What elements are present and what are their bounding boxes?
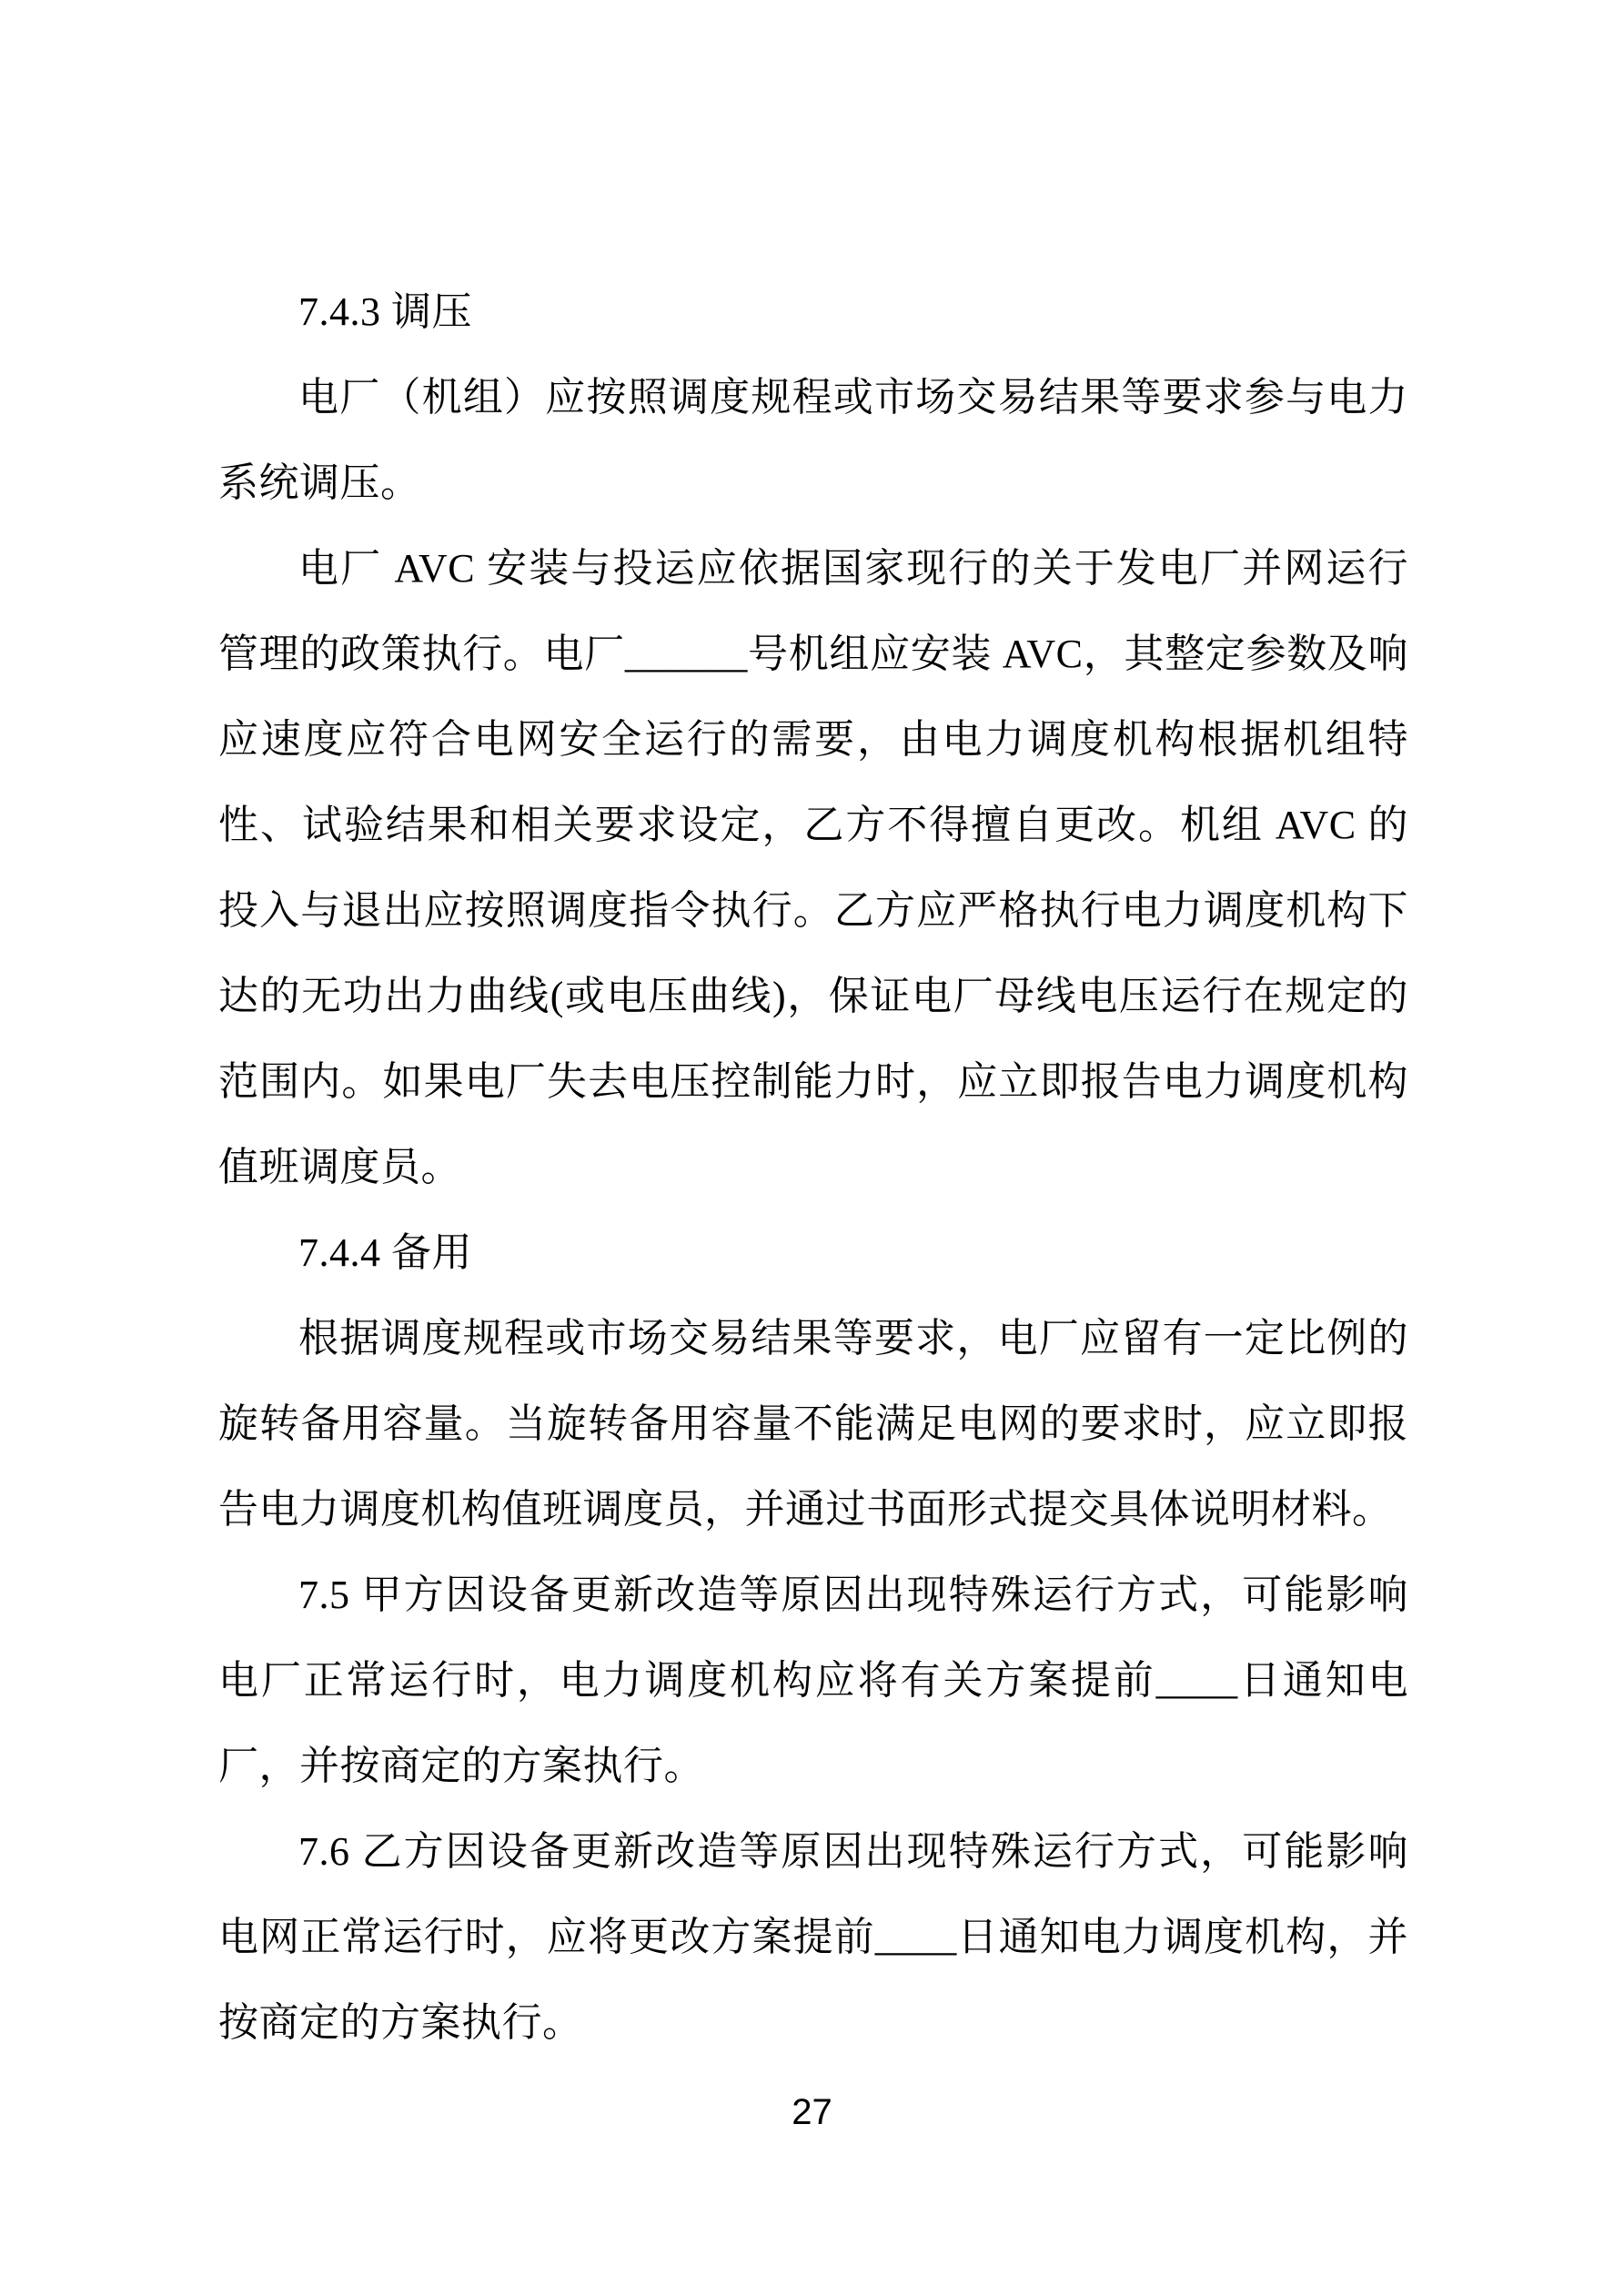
page-number: 27: [792, 2092, 832, 2132]
body-paragraph: 电厂（机组）应按照调度规程或市场交易结果等要求参与电力系统调压。: [218, 355, 1408, 526]
page-footer: 27: [0, 2091, 1624, 2133]
document-page: 7.4.3 调压电厂（机组）应按照调度规程或市场交易结果等要求参与电力系统调压。…: [0, 0, 1624, 2296]
body-paragraph: 7.6 乙方因设备更新改造等原因出现特殊运行方式，可能影响电网正常运行时，应将更…: [218, 1809, 1408, 2066]
section-heading: 7.4.3 调压: [218, 269, 1408, 355]
body-paragraph: 电厂 AVC 安装与投运应依据国家现行的关于发电厂并网运行管理的政策执行。电厂_…: [218, 526, 1408, 1210]
document-body: 7.4.3 调压电厂（机组）应按照调度规程或市场交易结果等要求参与电力系统调压。…: [218, 269, 1408, 2066]
body-paragraph: 根据调度规程或市场交易结果等要求，电厂应留有一定比例的旋转备用容量。当旋转备用容…: [218, 1296, 1408, 1553]
body-paragraph: 7.5 甲方因设备更新改造等原因出现特殊运行方式，可能影响电厂正常运行时，电力调…: [218, 1553, 1408, 1809]
section-heading: 7.4.4 备用: [218, 1210, 1408, 1296]
